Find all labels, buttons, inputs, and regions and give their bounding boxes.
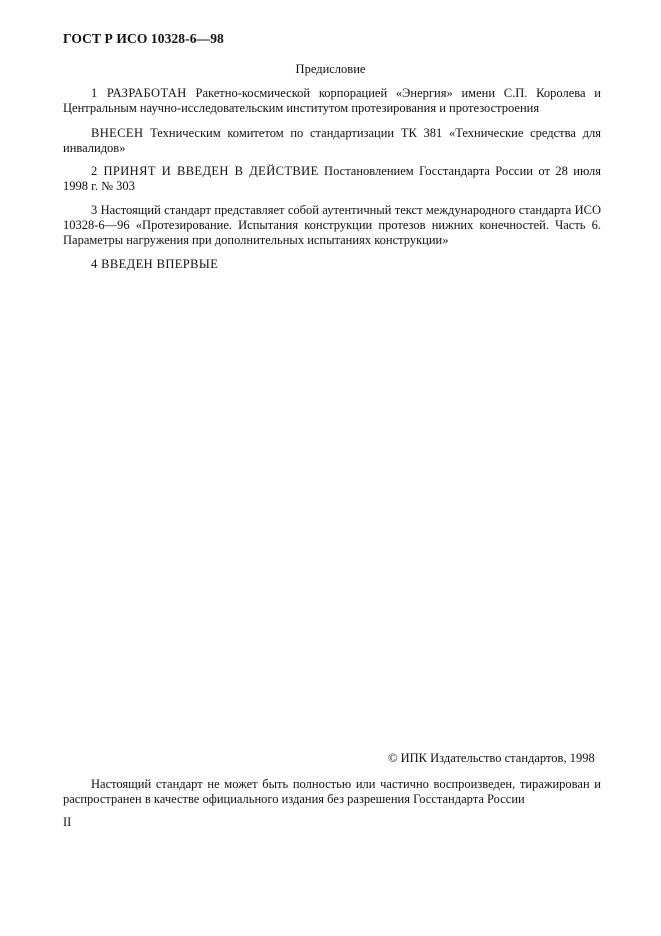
copyright-notice: © ИПК Издательство стандартов, 1998 [388, 751, 595, 766]
document-page: ГОСТ Р ИСО 10328-6—98 Предисловие 1 РАЗР… [0, 0, 661, 936]
page-number: II [63, 815, 71, 830]
paragraph-lead: 4 ВВЕДЕН ВПЕРВЫЕ [91, 257, 218, 271]
preface-title: Предисловие [0, 62, 661, 77]
preface-paragraph-2: 2 ПРИНЯТ И ВВЕДЕН В ДЕЙСТВИЕ Постановлен… [63, 164, 601, 194]
paragraph-text: Настоящий стандарт представляет собой ау… [63, 203, 601, 247]
preface-paragraph-1: 1 РАЗРАБОТАН Ракетно-космической корпора… [63, 86, 601, 116]
paragraph-text: Техническим комитетом по стандартизации … [63, 126, 601, 155]
paragraph-lead: ВНЕСЕН [91, 126, 143, 140]
preface-paragraph-introduced: ВНЕСЕН Техническим комитетом по стандарт… [63, 126, 601, 156]
reproduction-notice: Настоящий стандарт не может быть полност… [63, 777, 601, 807]
paragraph-lead: 1 РАЗРАБОТАН [91, 86, 187, 100]
preface-paragraph-4: 4 ВВЕДЕН ВПЕРВЫЕ [63, 257, 601, 272]
paragraph-lead: 2 ПРИНЯТ И ВВЕДЕН В ДЕЙСТВИЕ [91, 164, 319, 178]
preface-paragraph-3: 3 Настоящий стандарт представляет собой … [63, 203, 601, 248]
standard-code-header: ГОСТ Р ИСО 10328-6—98 [63, 31, 224, 47]
